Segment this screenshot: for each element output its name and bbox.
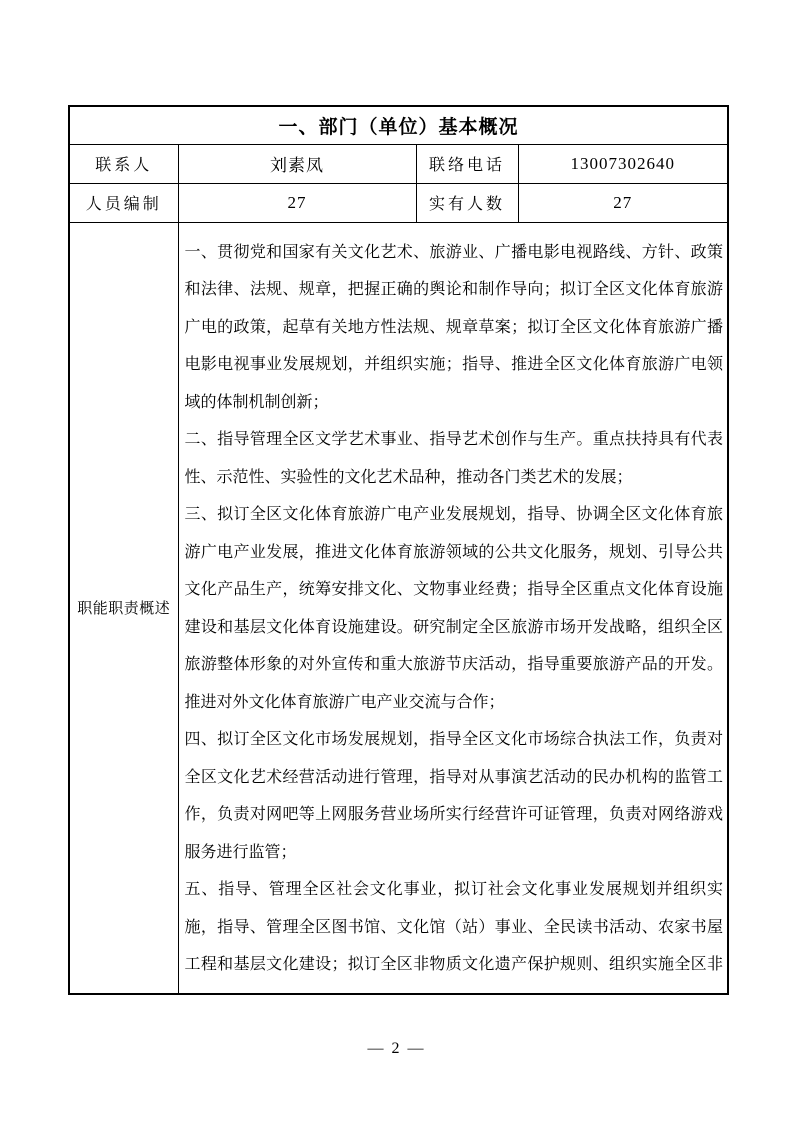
contact-phone-value: 13007302640 [518,144,728,183]
duties-text: 一、贯彻党和国家有关文化艺术、旅游业、广播电影电视路线、方针、政策和法律、法规、… [179,223,728,993]
page-footer: — 2 — [0,1040,793,1058]
duties-label: 职能职责概述 [69,222,178,994]
duties-row: 职能职责概述 一、贯彻党和国家有关文化艺术、旅游业、广播电影电视路线、方针、政策… [69,222,728,994]
duties-paragraph-5: 五、指导、管理全区社会文化事业，拟订社会文化事业发展规划并组织实施，指导、管理全… [185,871,724,993]
page-number: — 2 — [368,1040,426,1057]
duties-paragraph-3: 三、拟订全区文化体育旅游广电产业发展规划，指导、协调全区文化体育旅游广电产业发展… [185,496,724,721]
table-title: 一、部门（单位）基本概况 [69,106,728,144]
actual-staff-value: 27 [518,183,728,222]
contact-person-value: 刘素凤 [178,144,416,183]
actual-staff-label: 实有人数 [416,183,518,222]
document-page: 一、部门（单位）基本概况 联系人 刘素凤 联络电话 13007302640 人员… [0,0,793,1122]
basic-overview-table: 一、部门（单位）基本概况 联系人 刘素凤 联络电话 13007302640 人员… [68,105,729,995]
duties-paragraph-1: 一、贯彻党和国家有关文化艺术、旅游业、广播电影电视路线、方针、政策和法律、法规、… [185,234,724,422]
authorized-staff-label: 人员编制 [69,183,178,222]
contact-phone-label: 联络电话 [416,144,518,183]
staffing-row: 人员编制 27 实有人数 27 [69,183,728,222]
table-title-row: 一、部门（单位）基本概况 [69,106,728,144]
contact-person-label: 联系人 [69,144,178,183]
duties-paragraph-4: 四、拟订全区文化市场发展规划，指导全区文化市场综合执法工作，负责对全区文化艺术经… [185,721,724,871]
duties-content-cell: 一、贯彻党和国家有关文化艺术、旅游业、广播电影电视路线、方针、政策和法律、法规、… [178,222,728,994]
duties-paragraph-2: 二、指导管理全区文学艺术事业、指导艺术创作与生产。重点扶持具有代表性、示范性、实… [185,421,724,496]
contact-row: 联系人 刘素凤 联络电话 13007302640 [69,144,728,183]
authorized-staff-value: 27 [178,183,416,222]
